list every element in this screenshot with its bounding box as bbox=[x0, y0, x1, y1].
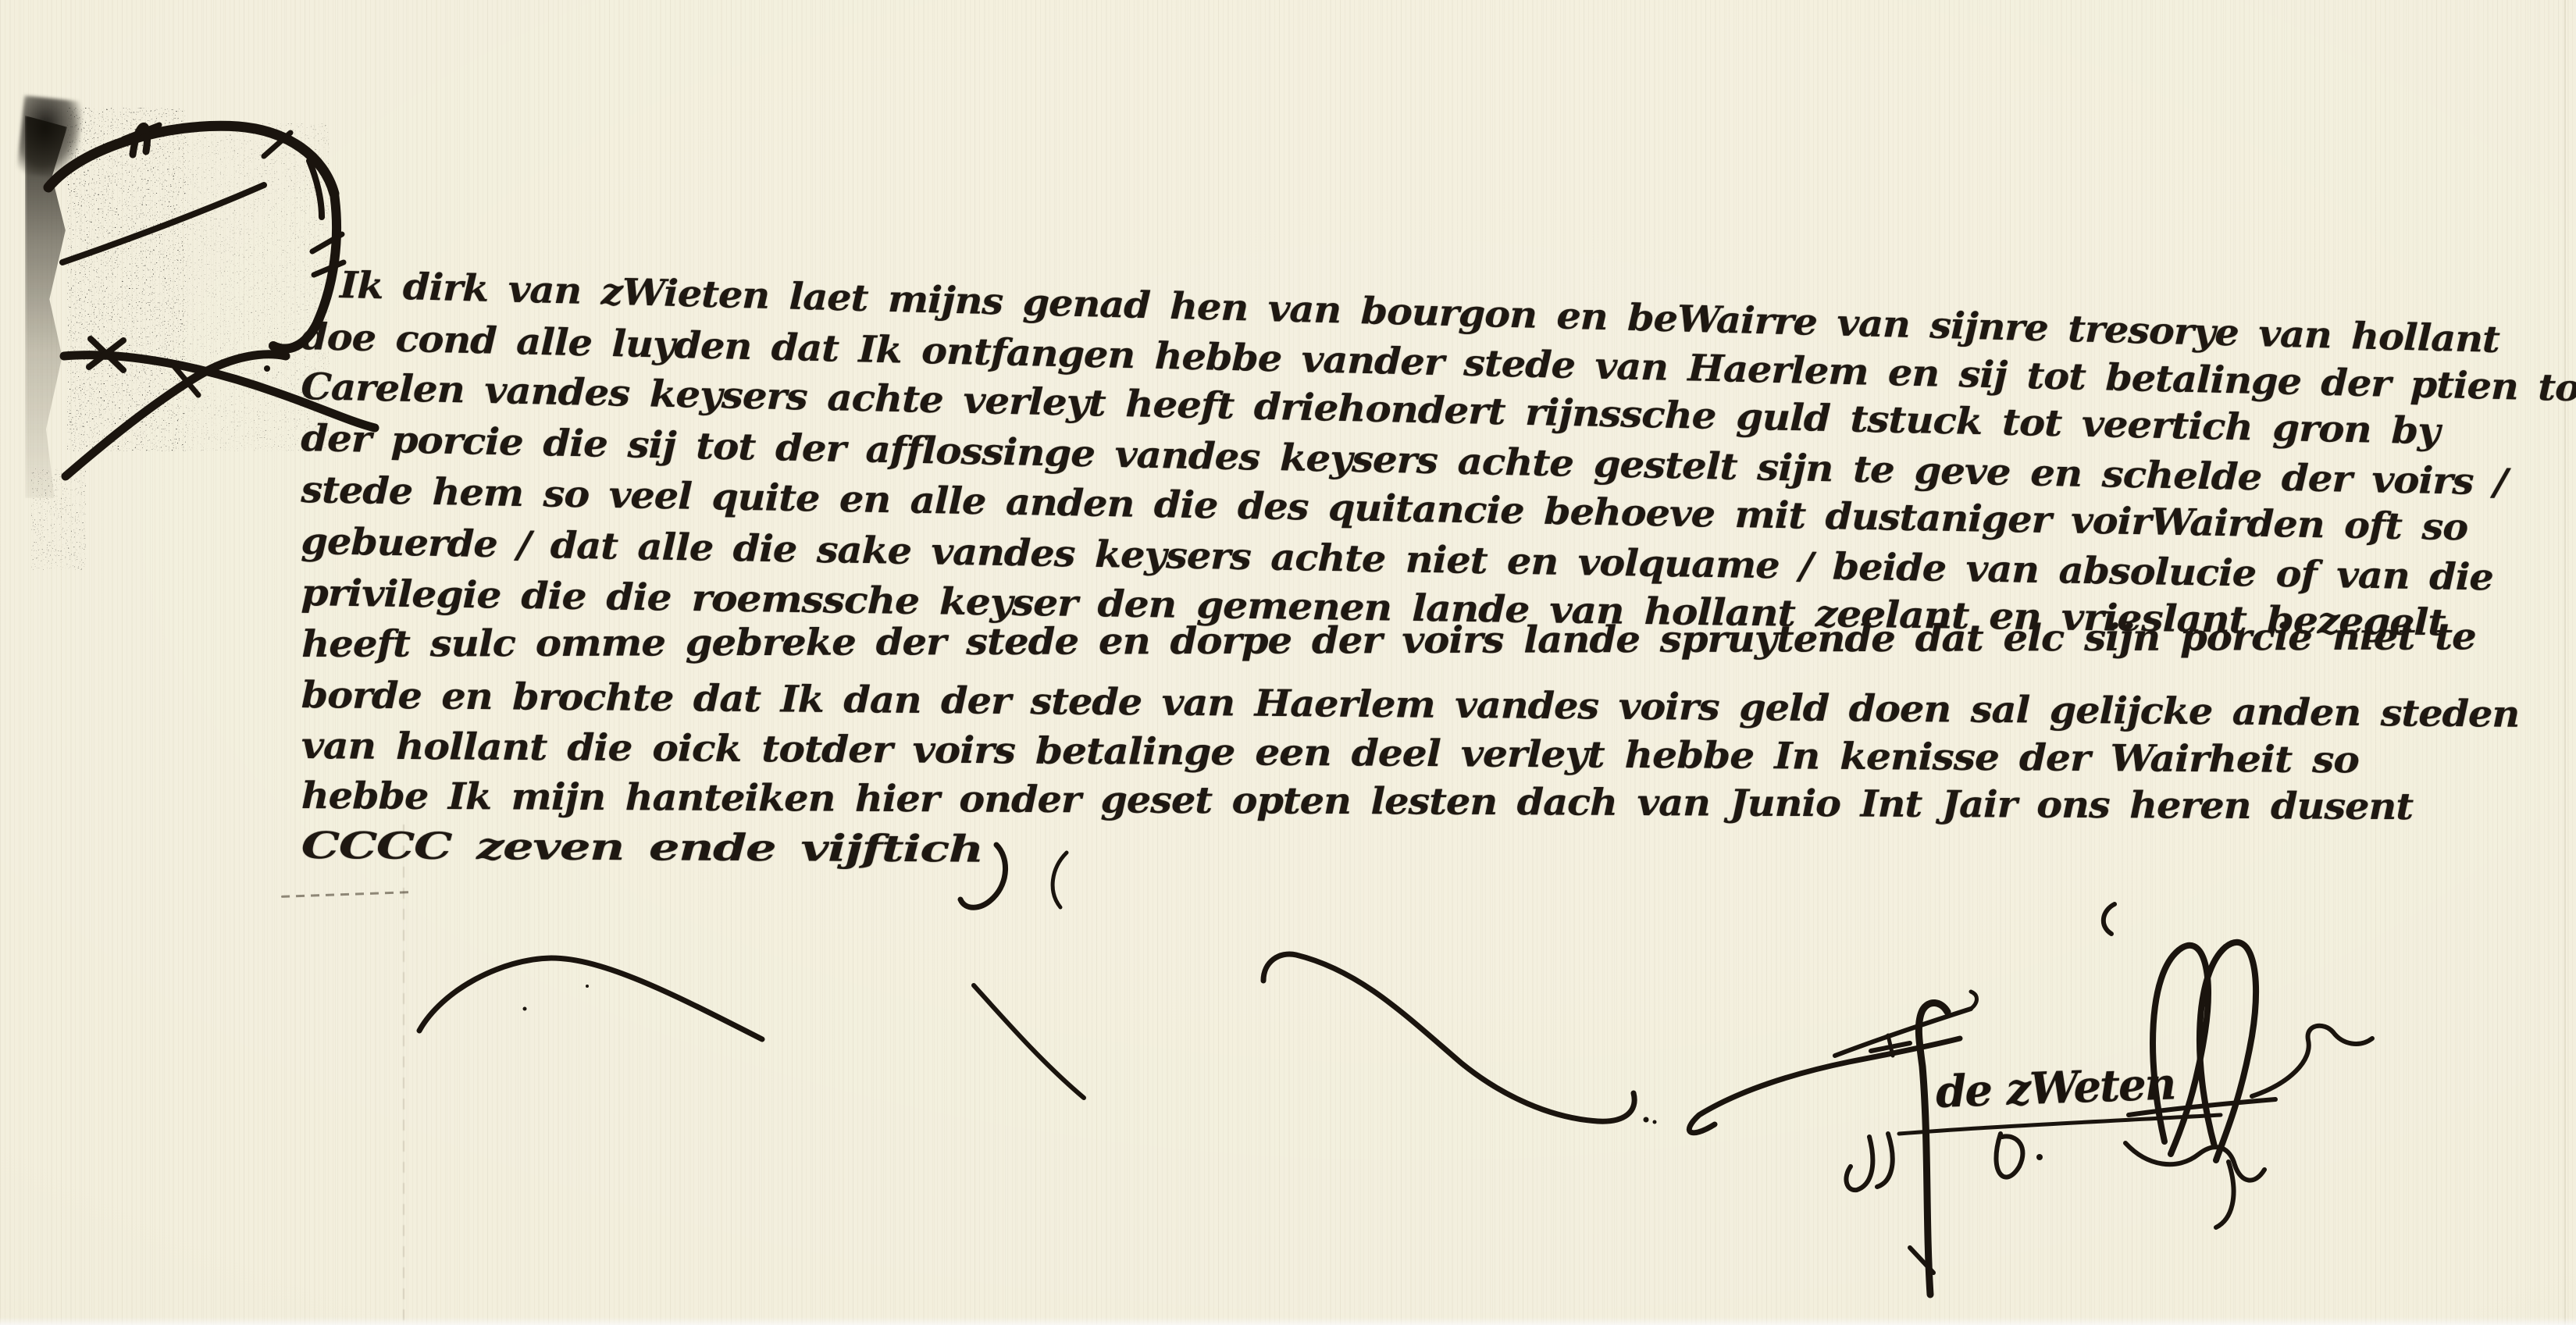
text-line: hebbe Ik mijn hanteiken hier onder geset… bbox=[301, 775, 2414, 828]
text-line: van hollant die oick totder voirs betali… bbox=[301, 725, 2359, 782]
manuscript-text-block: Ik dirk van zWieten laet mijns genad hen… bbox=[0, 0, 2576, 1325]
text-line: heeft sulc omme gebreke der stede en dor… bbox=[301, 615, 2476, 666]
signature-name: de zWeten bbox=[1935, 1058, 2175, 1118]
manuscript-page: Ik dirk van zWieten laet mijns genad hen… bbox=[0, 0, 2576, 1325]
text-line-date: CCCC zeven ende vijftich bbox=[301, 825, 983, 871]
